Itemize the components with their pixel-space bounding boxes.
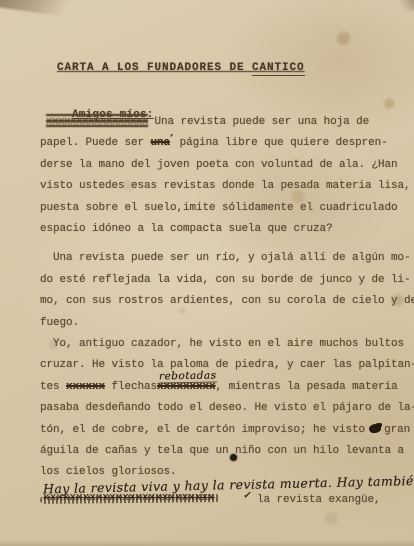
handwritten-correction-mark: ’ xyxy=(170,134,173,144)
paper-crease-top-left xyxy=(0,0,89,20)
typed-line: águila de cañas y tela que un niño con u… xyxy=(40,445,396,466)
line-text: flechas xyxy=(105,381,157,393)
line-text: página libre que quiere despren- xyxy=(173,137,388,149)
typed-line: fuego. xyxy=(40,317,396,338)
line-text: la revista exangüe, xyxy=(257,494,381,506)
typed-line: espacio idóneo a la compacta suela que c… xyxy=(40,223,396,244)
line-text: tón, el de cobre, el de cartón improviso… xyxy=(40,424,365,436)
corrected-word-group: xxxxxxxxxrebotadas xyxy=(157,381,216,393)
ink-spot xyxy=(230,454,237,461)
line-text: papel. Puede ser xyxy=(40,137,151,149)
title-text: CARTA A LOS FUNDADORES DE xyxy=(57,62,252,74)
typed-line: tes xxxxxx flechasxxxxxxxxxrebotadas, mi… xyxy=(40,381,396,402)
line-text: gran xyxy=(384,424,410,436)
handwritten-insert-mark: ✓ xyxy=(243,491,250,501)
salutation: Amigos míos: xyxy=(72,109,154,121)
struck-word: xxxxxx xyxy=(66,381,105,393)
title-emphasis-cantico: CANTICO xyxy=(252,62,305,76)
typed-line: mo, con sus rostros ardientes, con su co… xyxy=(40,295,396,316)
typed-line: visto ustedes esas revistas donde la pes… xyxy=(40,180,396,201)
typed-line: do esté reflejada la vida, con su borde … xyxy=(40,274,396,295)
line-text: Una revista puede ser una hoja de xyxy=(155,116,370,128)
ink-blot xyxy=(369,424,381,433)
typed-line: cruzar. He visto la paloma de piedra, y … xyxy=(40,359,396,380)
scribbled-out-line: xxxxxxxxxxxxxxxxxxxxxxxxxx xyxy=(43,492,215,504)
handwritten-correction: rebotadas xyxy=(159,369,217,383)
typed-line: xxxxxxxxxxxxxxxxxAmigos míos: Una revist… xyxy=(40,116,396,137)
line-text: tes xyxy=(40,381,66,393)
typed-line: derse la mano del joven poeta con volunt… xyxy=(40,159,396,180)
typed-line: Yo, antiguo cazador, he visto en el aire… xyxy=(40,338,396,359)
struck-word: una xyxy=(151,137,171,149)
obliterated-text: xxxxxxxxxxxxxxxxxxxxxxxxxx xyxy=(43,492,215,504)
letter-body: xxxxxxxxxxxxxxxxxAmigos míos: Una revist… xyxy=(40,116,396,488)
typed-line: papel. Puede ser una’ página libre que q… xyxy=(40,137,396,158)
typed-line: tón, el de cobre, el de cartón improviso… xyxy=(40,423,396,444)
typed-line: Una revista puede ser un río, y ojalá al… xyxy=(40,252,396,273)
typed-line: pasaba desdeñando todo el deseo. He vist… xyxy=(40,402,396,423)
typed-line: ✓ la revista exangüe, xyxy=(243,494,381,506)
typewritten-letter-page: CARTA A LOS FUNDADORES DE CANTICO xxxxxx… xyxy=(0,0,414,546)
page-title: CARTA A LOS FUNDADORES DE CANTICO xyxy=(57,62,305,74)
paper-crease-top-right xyxy=(390,0,414,15)
typed-line: puesta sobre el suelo,imite sólidamente … xyxy=(40,202,396,223)
paper-edge-shadow xyxy=(0,540,414,546)
line-text: , mientras la pesada materia xyxy=(216,381,398,393)
